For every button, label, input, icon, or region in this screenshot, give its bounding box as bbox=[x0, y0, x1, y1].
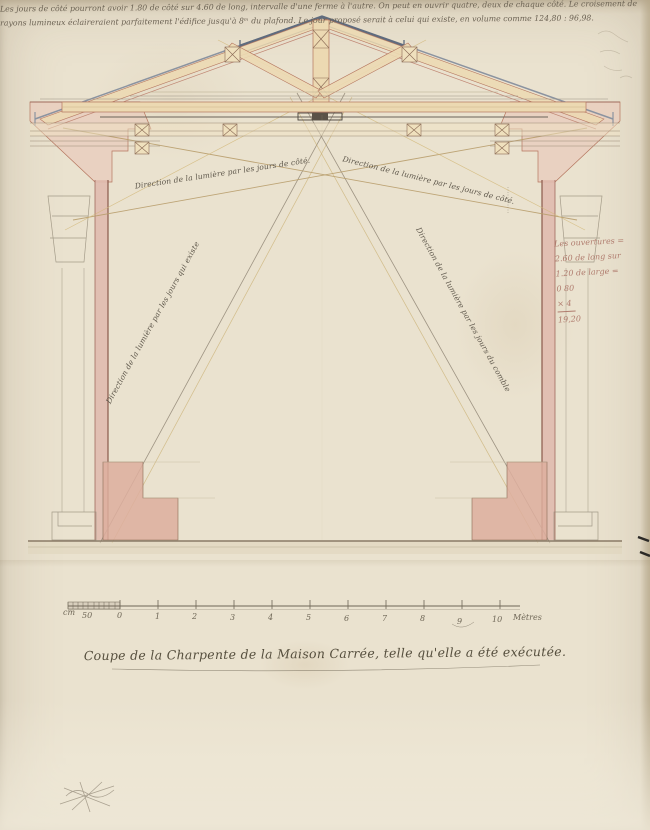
title-underline-flourish bbox=[112, 665, 540, 671]
scale-tick: 8 bbox=[420, 614, 425, 623]
drawing-caption: Les jours de côté pourront avoir 1.80 de… bbox=[0, 0, 588, 30]
scale-left-label: cm bbox=[63, 608, 75, 617]
scale-tick: 3 bbox=[230, 613, 235, 622]
photo-edge-marks bbox=[638, 537, 650, 556]
scale-tick: 9 bbox=[457, 617, 462, 626]
tie-beam bbox=[62, 102, 586, 112]
right-cornice bbox=[499, 102, 620, 182]
iron-tie-rod bbox=[100, 113, 548, 120]
scale-tick: 2 bbox=[192, 612, 197, 621]
pencil-scribble-bottom-left bbox=[60, 782, 114, 812]
scale-bar bbox=[68, 600, 520, 627]
scale-unit-label: Mètres bbox=[513, 613, 542, 622]
scale-tick: 4 bbox=[268, 613, 273, 622]
left-pilaster-outline bbox=[48, 196, 96, 540]
scanned-drawing-page: { "palette": { "paper": "#eae2cf", "pink… bbox=[0, 0, 650, 830]
left-step-block bbox=[103, 462, 215, 540]
right-step-block bbox=[435, 462, 547, 540]
scale-tick: 0 bbox=[117, 611, 122, 620]
pencil-scribbles-top-right bbox=[598, 31, 632, 78]
margin-calculation-note: Les ouvertures = 2.60 de long sur 1.20 d… bbox=[554, 232, 650, 328]
scale-half-label: 50 bbox=[82, 611, 92, 620]
scale-tick: 5 bbox=[306, 613, 311, 622]
section-drawing bbox=[0, 0, 650, 830]
scale-tick: 6 bbox=[344, 614, 349, 623]
scale-tick: 7 bbox=[382, 614, 387, 623]
king-post bbox=[313, 20, 329, 112]
scale-tick: 10 bbox=[492, 615, 502, 624]
scale-tick: 1 bbox=[155, 612, 160, 621]
